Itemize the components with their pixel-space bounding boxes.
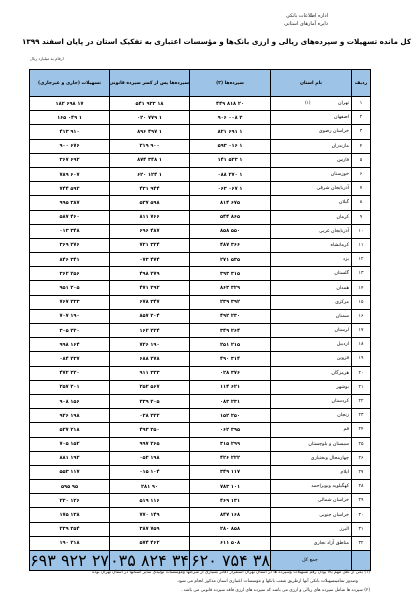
loans-cell: ۱۹۰ ۷۰۷: [30, 309, 110, 323]
loans-cell: ۱ ۰۴۹ ۱۶۵: [30, 111, 110, 125]
table-row: ۹کرمان۸۶۵ ۵۴۴۷۶۶ ۸۱۱۴۶۰ ۵۸۷: [30, 210, 371, 224]
province-cell: کرمان: [271, 210, 352, 224]
table-row: ۳۱البرز۸۵۸ ۲۸۰۷۵۹ ۳۸۷۳۵۴ ۲۳۹: [30, 522, 371, 536]
loans-cell: ۲۷۶ ۳۶۹: [30, 238, 110, 252]
row-number-cell: ۲۶: [352, 451, 371, 465]
column-header-deposits: سپرده‌ها (۲): [190, 70, 271, 97]
net-deposits-cell: ۲۷۹ ۴۹۸: [110, 267, 190, 281]
province-name: گیلان: [339, 200, 349, 205]
footnote-1-line-1: (۱) یکی از علل مهم بالا بودن رقم تسهیلات…: [30, 568, 370, 577]
province-cell: گیلان: [271, 196, 352, 210]
province-cell: آذربایجان شرقی: [271, 182, 352, 196]
province-cell: سیستان و بلوچستان: [271, 437, 352, 451]
net-deposits-cell: ۴۶۲ ۵۷۴: [110, 536, 190, 550]
deposits-cell: ۱ ۵۲۳ ۱۴۱: [190, 153, 271, 167]
province-cell: خراسان جنوبی: [271, 508, 352, 522]
province-cell: یزد: [271, 253, 352, 267]
column-header-net-deposits: سپرده‌ها پس از کسر سپرده قانونی: [110, 70, 190, 97]
row-number-cell: ۲۷: [352, 465, 371, 479]
table-row: ۱۴همدان۳۲۹ ۸۶۳۲۹۲ ۴۷۱۲۰۵ ۹۵۱: [30, 281, 371, 295]
deposits-cell: ۶۲۱ ۱۱۴: [190, 380, 271, 394]
loans-cell: ۲۲۰ ۳۰۵: [30, 324, 110, 338]
row-number-cell: ۵: [352, 153, 371, 167]
net-deposits-cell: ۴۷۴ ۰۷۳: [110, 253, 190, 267]
loans-cell: ۱۵۶ ۹۰۸: [30, 394, 110, 408]
deposits-cell: ۱۶۸ ۸۴۷: [190, 508, 271, 522]
province-name: کرمان: [337, 215, 349, 220]
unit-label: ارقام به میلیارد ریال: [30, 56, 64, 61]
row-number-cell: ۱۳: [352, 267, 371, 281]
deposits-cell: ۵۰۸ ۶۱۱: [190, 536, 271, 550]
row-number-cell: ۲۸: [352, 480, 371, 494]
province-name: کرمانشاه: [330, 243, 349, 248]
table-row: ۲۳زنجان۲۵۰ ۱۵۲۲۲۲ ۰۲۸۱۹۸ ۹۲۶: [30, 409, 371, 423]
column-header-province: نام استان: [271, 70, 352, 97]
province-cell: خوزستان: [271, 167, 352, 181]
net-deposits-cell: ۳۲۴ ۷۲۱: [110, 238, 190, 252]
row-number-cell: ۲۰: [352, 366, 371, 380]
province-cell: قزوین: [271, 352, 352, 366]
deposits-cell: ۶۷۵ ۸۱۴: [190, 196, 271, 210]
footnote-2: (۲) سپرده ها شامل سپرده های ریالی و ارزی…: [30, 586, 370, 595]
province-name: آذربایجان شرقی: [317, 186, 349, 191]
table-row: ۷آذربایجان شرقی۱ ۰۶۷ ۰۶۳۹۴۴ ۴۳۱۵۹۲ ۷۴۴: [30, 182, 371, 196]
row-number-cell: ۷: [352, 182, 371, 196]
footnote-reference: (۱): [305, 100, 311, 105]
column-header-loans: تسهیلات (جاری و غیرجاری): [30, 70, 110, 97]
province-name: اردبیل: [337, 342, 349, 347]
province-name: همدان: [336, 286, 349, 291]
row-number-cell: ۲۴: [352, 423, 371, 437]
deposits-cell: ۳۹۵ ۰۶۲: [190, 423, 271, 437]
province-name: البرز: [340, 527, 349, 532]
row-number-cell: ۱۲: [352, 253, 371, 267]
province-cell: کرمانشاه: [271, 238, 352, 252]
province-name: مرکزی: [335, 300, 349, 305]
row-number-cell: ۱۱: [352, 238, 371, 252]
row-number-cell: ۸: [352, 196, 371, 210]
table-header-row: ردیف نام استان سپرده‌ها (۲) سپرده‌ها پس …: [30, 70, 371, 97]
net-deposits-cell: ۱۰۴ ۰۱۵: [110, 465, 190, 479]
loans-cell: ۹۱۰ ۴۱۳: [30, 125, 110, 139]
deposits-cell: ۳۷۶ ۰۲۸: [190, 366, 271, 380]
table-row: ۱۸اردبیل۲۱۵ ۲۵۱۱۹۰ ۷۲۶۱۶۴ ۹۹۸: [30, 338, 371, 352]
loans-cell: ۴۶۰ ۵۸۷: [30, 210, 110, 224]
row-number-cell: ۳: [352, 125, 371, 139]
table-row: ۲۴قم۳۹۵ ۰۶۲۳۵۰ ۴۹۳۲۱۸ ۵۲۷: [30, 423, 371, 437]
province-cell: اصفهان: [271, 111, 352, 125]
table-body: ۱تهران(۱)۲۰ ۸۱۸ ۴۴۹۱۸ ۹۲۳ ۵۴۱۱۷ ۶۹۸ ۱۸۲۲…: [30, 97, 371, 551]
province-name: زنجان: [337, 413, 349, 418]
net-deposits-cell: ۹۰ ۲۸۱: [110, 480, 190, 494]
net-deposits-cell: ۵۶۷ ۲۵۲: [110, 380, 190, 394]
province-name: آذربایجان غربی: [319, 229, 349, 234]
table-row: ۱۱کرمانشاه۳۶۶ ۴۸۷۳۲۴ ۷۲۱۲۷۶ ۳۶۹: [30, 238, 371, 252]
row-number-cell: ۳۱: [352, 522, 371, 536]
province-name: خراسان جنوبی: [319, 513, 349, 518]
table-row: ۲۸کهگیلویه وبویراحمد۱۰۱ ۷۸۳۹۰ ۲۸۱۹۵ ۵۹۵: [30, 480, 371, 494]
net-deposits-cell: ۳۵۰ ۴۹۳: [110, 423, 190, 437]
net-deposits-cell: ۱۹۰ ۷۲۶: [110, 338, 190, 352]
net-deposits-cell: ۱۱۶ ۵۱۹: [110, 494, 190, 508]
province-cell: ایلام: [271, 465, 352, 479]
loans-cell: ۲۰۱ ۲۵۷: [30, 380, 110, 394]
deposits-cell: ۱۳۱ ۴۶۹: [190, 494, 271, 508]
province-cell: فارس: [271, 153, 352, 167]
province-cell: خراسان شمالی: [271, 494, 352, 508]
province-name: گلستان: [334, 271, 349, 276]
org-section: دایره آمارهای استانی: [284, 20, 328, 28]
net-deposits-cell: ۲۲۲ ۰۲۸: [110, 409, 190, 423]
province-cell: کردستان: [271, 394, 352, 408]
table-row: ۲۶چهارمحال وبختیاری۲۲۲ ۴۲۶۱۹۸ ۰۵۲۱۹۲ ۸۸۱: [30, 451, 371, 465]
table-row: ۲۲کردستان۲۳۱ ۰۸۳۲۰۵ ۲۳۹۱۵۶ ۹۰۸: [30, 394, 371, 408]
net-deposits-cell: ۱ ۳۴۸ ۸۷۴: [110, 153, 190, 167]
loans-cell: ۲۵۶ ۳۶۲: [30, 267, 110, 281]
org-department: اداره اطلاعات بانکی: [284, 12, 328, 20]
loans-cell: ۵۹۲ ۷۴۴: [30, 182, 110, 196]
row-number-cell: ۱۴: [352, 281, 371, 295]
net-deposits-cell: ۲۹۲ ۴۷۱: [110, 281, 190, 295]
row-number-cell: ۱۰: [352, 224, 371, 238]
table-row: ۳خراسان رضوی۱ ۶۹۱ ۸۲۱۱ ۴۹۷ ۸۹۶۹۱۰ ۴۱۳: [30, 125, 371, 139]
deposits-cell: ۲۵۰ ۱۵۲: [190, 409, 271, 423]
net-deposits-cell: ۳۳۳ ۹۱۱: [110, 366, 190, 380]
province-name: خوزستان: [331, 172, 349, 177]
loans-cell: ۳۴۸ ۰۱۳: [30, 224, 110, 238]
province-name: خراسان شمالی: [318, 498, 349, 503]
table-row: ۱۹قزوین۳۱۴ ۴۹۰۲۷۸ ۶۸۸۲۳۷ ۰۸۴: [30, 352, 371, 366]
deposits-cell: ۵۳۵ ۲۷۱: [190, 253, 271, 267]
row-number-cell: ۲: [352, 111, 371, 125]
row-number-cell: ۱۷: [352, 324, 371, 338]
net-deposits-cell: ۲۷۸ ۶۸۸: [110, 352, 190, 366]
province-name: یزد: [343, 257, 349, 262]
net-deposits-cell: ۱ ۴۹۷ ۸۹۶: [110, 125, 190, 139]
loans-cell: ۶۹۲ ۳۶۷: [30, 153, 110, 167]
loans-cell: ۹۵ ۵۹۵: [30, 480, 110, 494]
row-number-cell: ۳۲: [352, 536, 371, 550]
loans-cell: ۶۰۷ ۷۸۹: [30, 167, 110, 181]
province-cell: لرستان: [271, 324, 352, 338]
net-deposits-cell: ۹۴۴ ۴۳۱: [110, 182, 190, 196]
loans-cell: ۳۴۱ ۸۴۶: [30, 253, 110, 267]
province-name: لرستان: [334, 328, 349, 333]
table-row: ۲۷ایلام۱۱۷ ۳۴۹۱۰۴ ۰۱۵۱۱۷ ۵۵۳: [30, 465, 371, 479]
net-deposits-cell: ۲۰۵ ۲۳۹: [110, 394, 190, 408]
row-number-cell: ۶: [352, 167, 371, 181]
net-deposits-cell: ۴۸۷ ۶۹۶: [110, 224, 190, 238]
province-cell: گلستان: [271, 267, 352, 281]
deposits-cell: ۸۶۵ ۵۴۴: [190, 210, 271, 224]
table-row: ۴مازندران۱ ۰۱۶ ۵۹۳۹۰۰ ۲۱۹۶۷۶ ۹۰۰: [30, 139, 371, 153]
table-row: ۳۲مناطق آزاد تجاری۵۰۸ ۶۱۱۴۶۲ ۵۷۴۲۱۸ ۱۹۰: [30, 536, 371, 550]
province-name: خراسان رضوی: [319, 129, 349, 134]
loans-cell: ۶۷۶ ۹۰۰: [30, 139, 110, 153]
province-name: فارس: [337, 158, 349, 163]
table-row: ۲اصفهان۲ ۰۰۸ ۹۰۶۱ ۷۷۹ ۰۲۰۱ ۰۴۹ ۱۶۵: [30, 111, 371, 125]
table-row: ۶خوزستان۱ ۲۷۰ ۰۸۸۱ ۱۲۴ ۶۲۰۶۰۷ ۷۸۹: [30, 167, 371, 181]
net-deposits-cell: ۱ ۷۷۹ ۰۲۰: [110, 111, 190, 125]
province-cell: اردبیل: [271, 338, 352, 352]
loans-cell: ۱۲۶ ۲۲۰: [30, 494, 110, 508]
province-name: هرمزگان: [331, 371, 349, 376]
net-deposits-cell: ۹۰۰ ۲۱۹: [110, 139, 190, 153]
row-number-cell: ۲۲: [352, 394, 371, 408]
row-number-cell: ۲۵: [352, 437, 371, 451]
organization-header: اداره اطلاعات بانکی دایره آمارهای استانی: [284, 12, 328, 28]
province-name: مازندران: [332, 144, 349, 149]
net-deposits-cell: ۷۵۹ ۳۸۷: [110, 522, 190, 536]
province-cell: زنجان: [271, 409, 352, 423]
footnotes: (۱) یکی از علل مهم بالا بودن رقم تسهیلات…: [30, 568, 370, 595]
loans-cell: ۲۱۸ ۵۲۷: [30, 423, 110, 437]
deposits-cell: ۵۵۰ ۸۵۸: [190, 224, 271, 238]
net-deposits-cell: ۱۴۹ ۷۷۰: [110, 508, 190, 522]
province-name: مناطق آزاد تجاری: [314, 541, 349, 546]
deposits-cell: ۲۱۵ ۲۵۱: [190, 338, 271, 352]
row-number-cell: ۱۶: [352, 309, 371, 323]
province-name: تهران: [338, 101, 349, 106]
row-number-cell: ۲۱: [352, 380, 371, 394]
row-number-cell: ۱۸: [352, 338, 371, 352]
deposits-cell: ۱ ۰۶۷ ۰۶۳: [190, 182, 271, 196]
net-deposits-cell: ۱۹۸ ۰۵۲: [110, 451, 190, 465]
net-deposits-cell: ۲۶۵ ۹۹۷: [110, 437, 190, 451]
deposits-cell: ۳۱۴ ۴۹۰: [190, 352, 271, 366]
deposits-cell: ۳۶۶ ۴۸۷: [190, 238, 271, 252]
province-name: سمنان: [336, 314, 349, 319]
document-title: کل مانده تسهیلات و سپرده‌های ریالی و ارز…: [0, 37, 413, 46]
loans-cell: ۳۸۷ ۹۹۵: [30, 196, 110, 210]
table-row: ۱۶سمنان۲۳۰ ۴۹۲۲۰۴ ۸۵۷۱۹۰ ۷۰۷: [30, 309, 371, 323]
deposits-cell: ۳۲۹ ۸۶۳: [190, 281, 271, 295]
row-number-cell: ۱: [352, 97, 371, 111]
province-cell: تهران(۱): [271, 97, 352, 111]
province-name: ایلام: [341, 470, 350, 475]
table-row: ۱۰آذربایجان غربی۵۵۰ ۸۵۸۴۸۷ ۶۹۶۳۴۸ ۰۱۳: [30, 224, 371, 238]
province-name: چهارمحال وبختیاری: [311, 456, 349, 461]
deposits-cell: ۱۰۱ ۷۸۳: [190, 480, 271, 494]
row-number-cell: ۴: [352, 139, 371, 153]
loans-cell: ۱۶۴ ۹۹۸: [30, 338, 110, 352]
province-cell: قم: [271, 423, 352, 437]
deposits-cell: ۲۶۴ ۳۴۹: [190, 324, 271, 338]
provincial-banking-table: ردیف نام استان سپرده‌ها (۲) سپرده‌ها پس …: [29, 69, 371, 571]
loans-cell: ۱۷ ۶۹۸ ۱۸۲: [30, 97, 110, 111]
province-name: کهگیلویه وبویراحمد: [311, 484, 349, 489]
province-cell: البرز: [271, 522, 352, 536]
table-row: ۲۱بوشهر۶۲۱ ۱۱۴۵۶۷ ۲۵۲۲۰۱ ۲۵۷: [30, 380, 371, 394]
province-name: بوشهر: [336, 385, 349, 390]
loans-cell: ۱۵۲ ۷۰۵: [30, 437, 110, 451]
table-row: ۲۰هرمزگان۳۷۶ ۰۲۸۳۳۳ ۹۱۱۲۲۰ ۴۷۲: [30, 366, 371, 380]
province-cell: مازندران: [271, 139, 352, 153]
net-deposits-cell: ۲۰۴ ۸۵۷: [110, 309, 190, 323]
deposits-cell: ۳۱۵ ۳۹۳: [190, 267, 271, 281]
province-cell: کهگیلویه وبویراحمد: [271, 480, 352, 494]
loans-cell: ۲۳۷ ۰۸۴: [30, 352, 110, 366]
province-cell: هرمزگان: [271, 366, 352, 380]
row-number-cell: ۲۹: [352, 494, 371, 508]
province-cell: سمنان: [271, 309, 352, 323]
row-number-cell: ۱۹: [352, 352, 371, 366]
table-row: ۱۵مرکزی۳۹۲ ۲۳۹۳۴۷ ۶۷۸۲۳۳ ۷۶۷: [30, 295, 371, 309]
province-cell: آذربایجان غربی: [271, 224, 352, 238]
deposits-cell: ۲۲۲ ۴۲۶: [190, 451, 271, 465]
loans-cell: ۲۳۳ ۷۶۷: [30, 295, 110, 309]
net-deposits-cell: ۷۶۶ ۸۱۱: [110, 210, 190, 224]
net-deposits-cell: ۵۹۸ ۵۳۷: [110, 196, 190, 210]
loans-cell: ۲۲۰ ۴۷۲: [30, 366, 110, 380]
province-name: قزوین: [337, 356, 349, 361]
province-name: اصفهان: [334, 115, 349, 120]
deposits-cell: ۲ ۰۰۸ ۹۰۶: [190, 111, 271, 125]
table-row: ۱۳گلستان۳۱۵ ۳۹۳۲۷۹ ۴۹۸۲۵۶ ۳۶۲: [30, 267, 371, 281]
province-name: کردستان: [331, 399, 349, 404]
deposits-cell: ۱ ۶۹۱ ۸۲۱: [190, 125, 271, 139]
deposits-cell: ۱ ۰۱۶ ۵۹۳: [190, 139, 271, 153]
row-number-cell: ۱۵: [352, 295, 371, 309]
net-deposits-cell: ۱۸ ۹۲۳ ۵۴۱: [110, 97, 190, 111]
table-row: ۲۵سیستان و بلوچستان۲۹۹ ۳۱۵۲۶۵ ۹۹۷۱۵۲ ۷۰۵: [30, 437, 371, 451]
net-deposits-cell: ۲۲۴ ۱۶۲: [110, 324, 190, 338]
deposits-cell: ۲۹۹ ۳۱۵: [190, 437, 271, 451]
province-cell: مناطق آزاد تجاری: [271, 536, 352, 550]
loans-cell: ۱۱۷ ۵۵۳: [30, 465, 110, 479]
deposits-cell: ۸۵۸ ۲۸۰: [190, 522, 271, 536]
table-row: ۵فارس۱ ۵۲۳ ۱۴۱۱ ۳۴۸ ۸۷۴۶۹۲ ۳۶۷: [30, 153, 371, 167]
deposits-cell: ۲۳۱ ۰۸۳: [190, 394, 271, 408]
row-number-cell: ۲۳: [352, 409, 371, 423]
loans-cell: ۱۳۸ ۱۷۵: [30, 508, 110, 522]
loans-cell: ۲۰۵ ۹۵۱: [30, 281, 110, 295]
deposits-cell: ۳۹۲ ۲۳۹: [190, 295, 271, 309]
province-cell: مرکزی: [271, 295, 352, 309]
footnote-1-line-2: وصدور تمامیتسهیلات بانکی آنها ازطریق شعب…: [30, 577, 370, 586]
net-deposits-cell: ۱ ۱۲۴ ۶۲۰: [110, 167, 190, 181]
row-number-cell: ۳۰: [352, 508, 371, 522]
table-row: ۱۲یزد۵۳۵ ۲۷۱۴۷۴ ۰۷۳۳۴۱ ۸۴۶: [30, 253, 371, 267]
deposits-cell: ۲۰ ۸۱۸ ۴۴۹: [190, 97, 271, 111]
table-row: ۱۷لرستان۲۶۴ ۳۴۹۲۲۴ ۱۶۲۲۲۰ ۳۰۵: [30, 324, 371, 338]
loans-cell: ۱۹۸ ۹۲۶: [30, 409, 110, 423]
deposits-cell: ۱ ۲۷۰ ۰۸۸: [190, 167, 271, 181]
column-header-rownum: ردیف: [352, 70, 371, 97]
province-name: سیستان و بلوچستان: [308, 442, 349, 447]
table-row: ۲۹خراسان شمالی۱۳۱ ۴۶۹۱۱۶ ۵۱۹۱۲۶ ۲۲۰: [30, 494, 371, 508]
row-number-cell: ۹: [352, 210, 371, 224]
table-row: ۸گیلان۶۷۵ ۸۱۴۵۹۸ ۵۳۷۳۸۷ ۹۹۵: [30, 196, 371, 210]
table-row: ۱تهران(۱)۲۰ ۸۱۸ ۴۴۹۱۸ ۹۲۳ ۵۴۱۱۷ ۶۹۸ ۱۸۲: [30, 97, 371, 111]
province-cell: چهارمحال وبختیاری: [271, 451, 352, 465]
loans-cell: ۳۵۴ ۲۳۹: [30, 522, 110, 536]
province-name: قم: [344, 427, 350, 432]
loans-cell: ۱۹۲ ۸۸۱: [30, 451, 110, 465]
province-cell: همدان: [271, 281, 352, 295]
province-cell: خراسان رضوی: [271, 125, 352, 139]
net-deposits-cell: ۳۴۷ ۶۷۸: [110, 295, 190, 309]
deposits-cell: ۲۳۰ ۴۹۲: [190, 309, 271, 323]
deposits-cell: ۱۱۷ ۳۴۹: [190, 465, 271, 479]
province-cell: بوشهر: [271, 380, 352, 394]
table-row: ۳۰خراسان جنوبی۱۶۸ ۸۴۷۱۴۹ ۷۷۰۱۳۸ ۱۷۵: [30, 508, 371, 522]
loans-cell: ۲۱۸ ۱۹۰: [30, 536, 110, 550]
